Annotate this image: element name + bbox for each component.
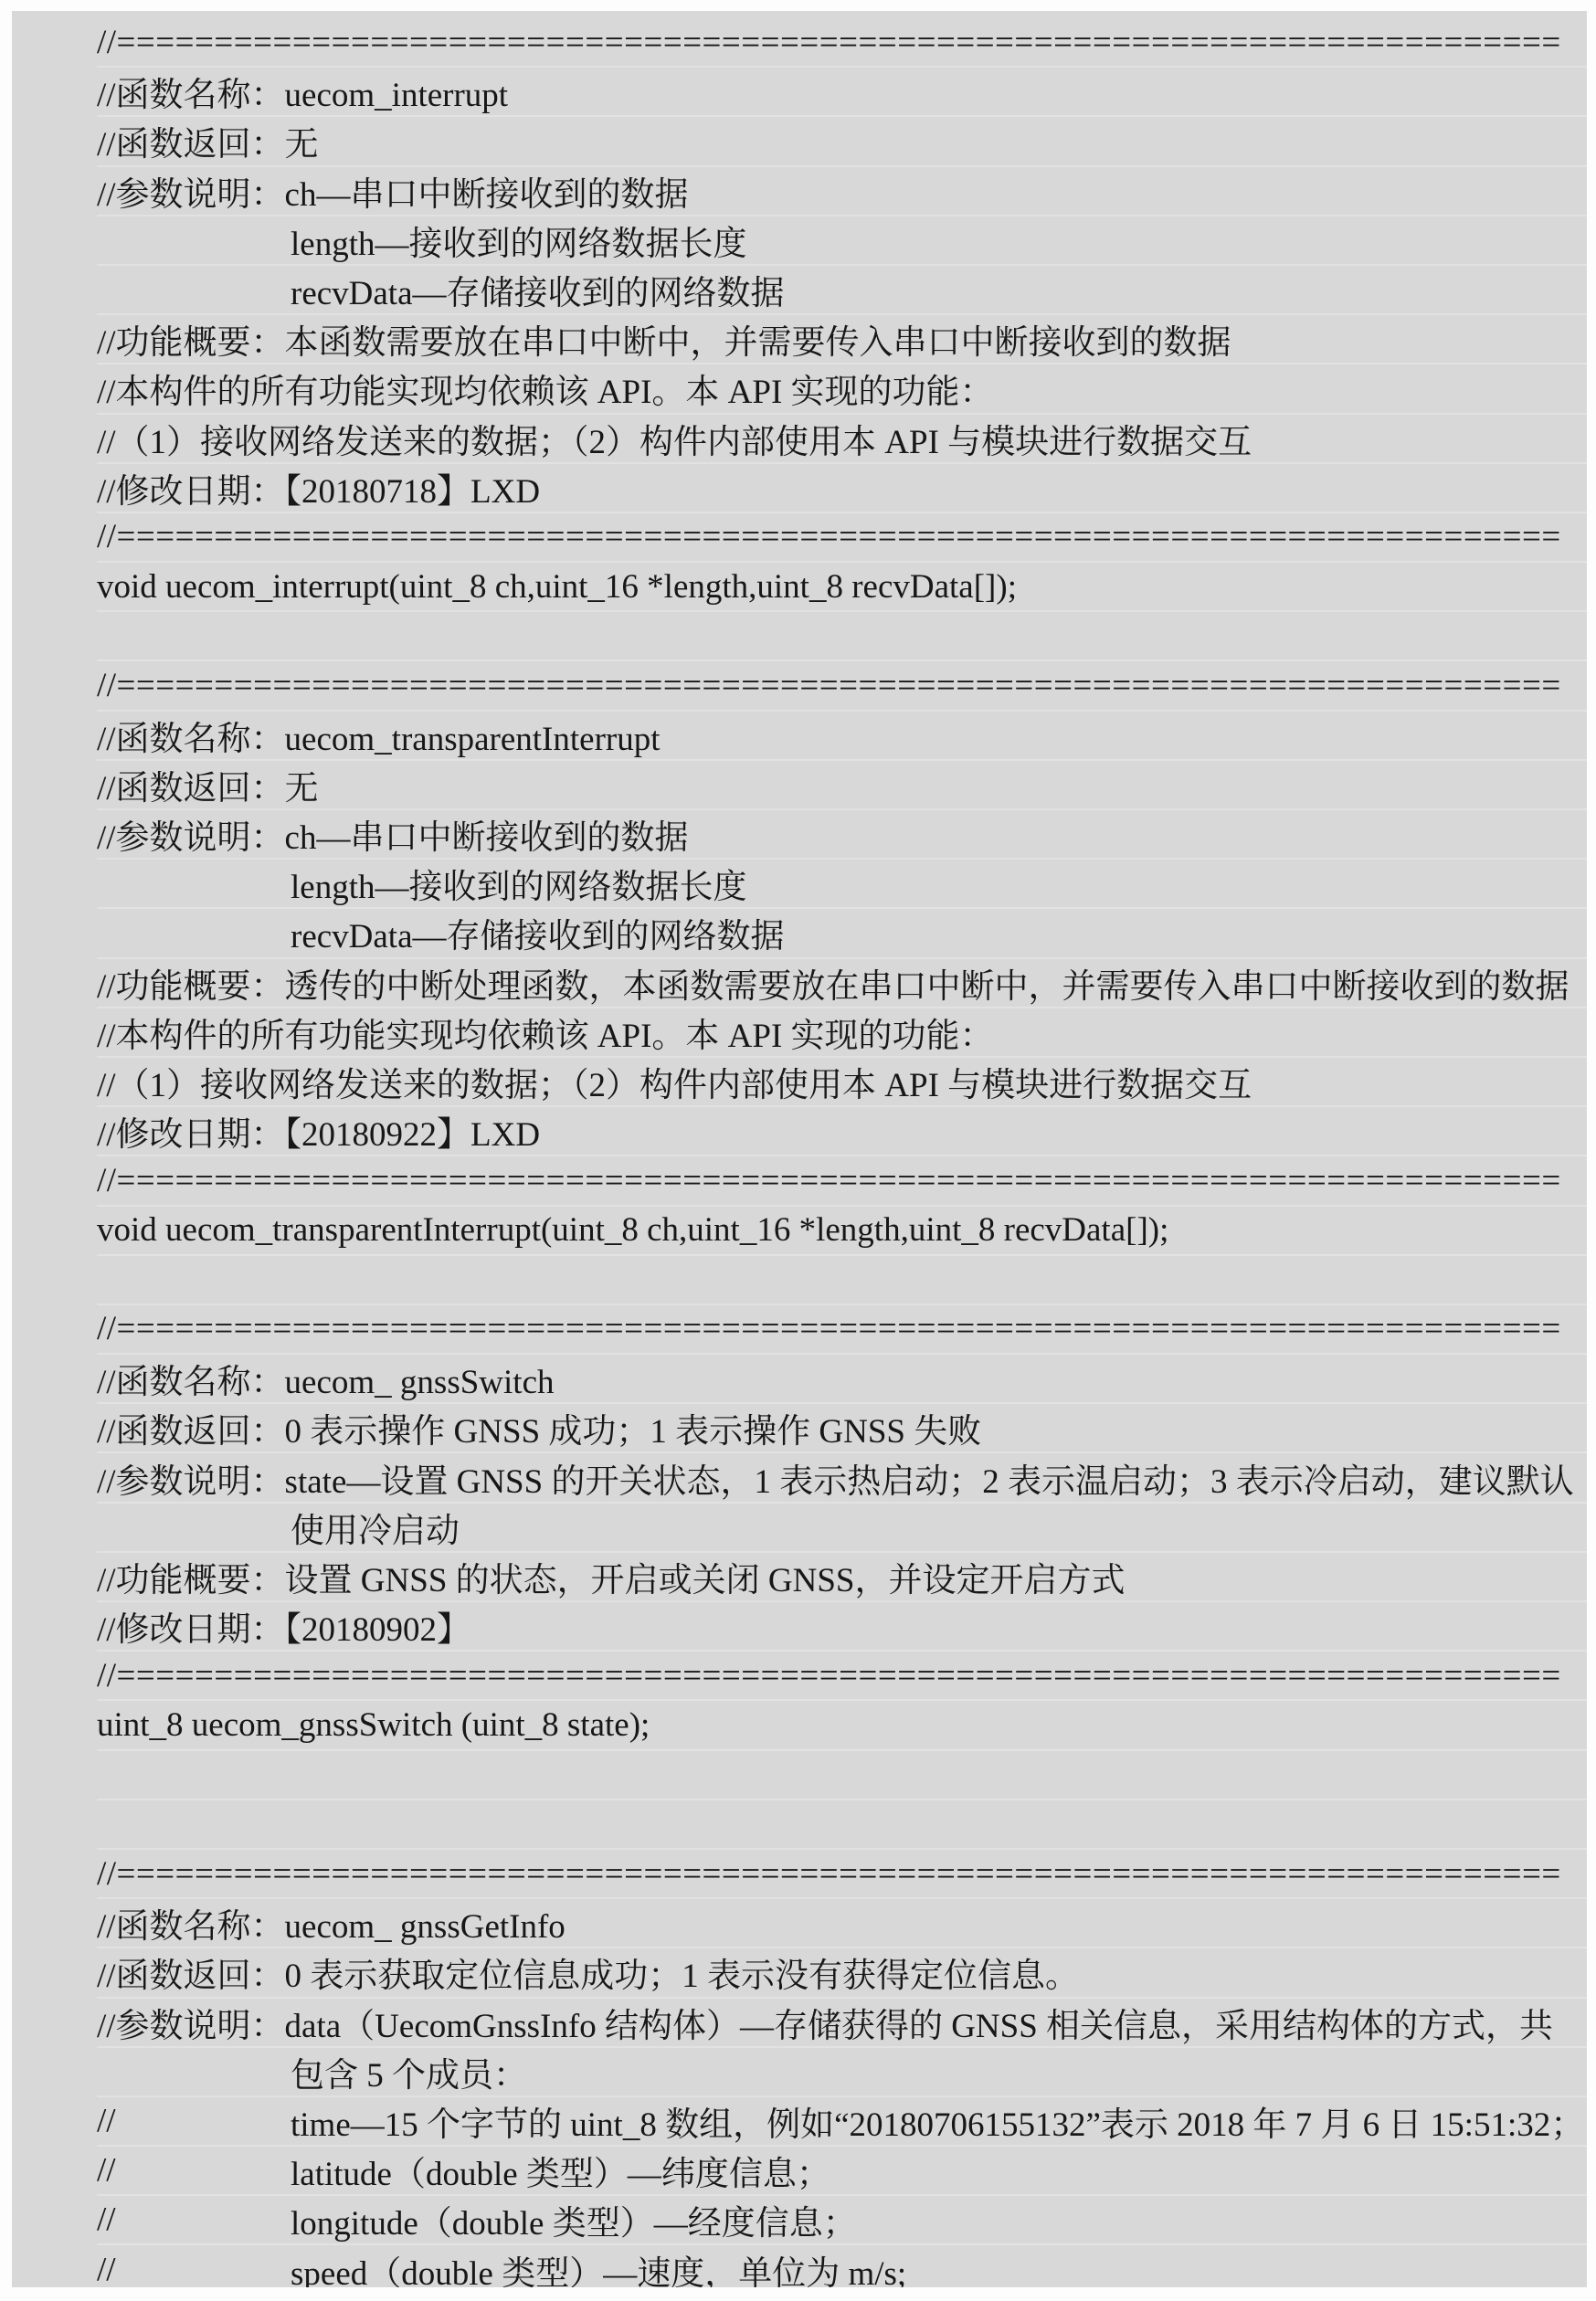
code-line-continuation: 包含 5 个成员： bbox=[97, 2046, 1587, 2095]
code-line: //函数返回：无 bbox=[97, 759, 1587, 808]
code-line: //函数名称：uecom_ gnssGetInfo bbox=[97, 1897, 1587, 1947]
code-line: //修改日期：【20180922】LXD bbox=[97, 1105, 1587, 1155]
code-line: //参数说明：state—设置 GNSS 的开关状态，1 表示热启动；2 表示温… bbox=[97, 1451, 1587, 1501]
code-line-commented: //latitude（double 类型）—纬度信息； bbox=[97, 2145, 1587, 2194]
line-text: speed（double 类型）—速度，单位为 m/s; bbox=[97, 2245, 906, 2287]
separator-line: //======================================… bbox=[97, 1155, 1587, 1204]
separator-line: //======================================… bbox=[97, 1848, 1587, 1897]
code-line: //函数名称：uecom_ gnssSwitch bbox=[97, 1353, 1587, 1402]
comment-prefix: // bbox=[97, 2201, 116, 2240]
code-line: //函数返回：0 表示操作 GNSS 成功；1 表示操作 GNSS 失败 bbox=[97, 1402, 1587, 1451]
code-line: //函数名称：uecom_transparentInterrupt bbox=[97, 710, 1587, 759]
code-line: //（1）接收网络发送来的数据；（2）构件内部使用本 API 与模块进行数据交互 bbox=[97, 413, 1587, 462]
code-line-continuation: length—接收到的网络数据长度 bbox=[97, 858, 1587, 907]
code-line: //参数说明：data（UecomGnssInfo 结构体）—存储获得的 GNS… bbox=[97, 1997, 1587, 2046]
code-line: //功能概要：设置 GNSS 的状态，开启或关闭 GNSS，并设定开启方式 bbox=[97, 1551, 1587, 1600]
code-line: void uecom_interrupt(uint_8 ch,uint_16 *… bbox=[97, 561, 1587, 610]
code-line-commented: //longitude（double 类型）—经度信息； bbox=[97, 2194, 1587, 2243]
code-line: //参数说明：ch—串口中断接收到的数据 bbox=[97, 165, 1587, 215]
code-line: //（1）接收网络发送来的数据；（2）构件内部使用本 API 与模块进行数据交互 bbox=[97, 1056, 1587, 1105]
code-line: //函数名称：uecom_interrupt bbox=[97, 66, 1587, 115]
code-line: //本构件的所有功能实现均依赖该 API。本 API 实现的功能： bbox=[97, 363, 1587, 412]
code-line-continuation: recvData—存储接收到的网络数据 bbox=[97, 264, 1587, 313]
code-line-continuation: length—接收到的网络数据长度 bbox=[97, 215, 1587, 264]
code-line-commented: //speed（double 类型）—速度，单位为 m/s; bbox=[97, 2243, 1587, 2287]
blank-line bbox=[97, 610, 1587, 660]
code-line: //参数说明：ch—串口中断接收到的数据 bbox=[97, 808, 1587, 858]
code-line: uint_8 uecom_gnssSwitch (uint_8 state); bbox=[97, 1699, 1587, 1748]
code-line: //函数返回：无 bbox=[97, 115, 1587, 164]
code-line: //修改日期：【20180902】 bbox=[97, 1600, 1587, 1650]
comment-prefix: // bbox=[97, 2250, 116, 2287]
code-line: //本构件的所有功能实现均依赖该 API。本 API 实现的功能： bbox=[97, 1007, 1587, 1056]
code-line: void uecom_transparentInterrupt(uint_8 c… bbox=[97, 1205, 1587, 1254]
line-text: latitude（double 类型）—纬度信息； bbox=[97, 2146, 830, 2194]
blank-line bbox=[97, 1799, 1587, 1848]
separator-line: //======================================… bbox=[97, 660, 1587, 709]
separator-line: //======================================… bbox=[97, 1304, 1587, 1353]
separator-line: //======================================… bbox=[97, 1650, 1587, 1699]
blank-line bbox=[97, 1254, 1587, 1304]
comment-prefix: // bbox=[97, 2101, 116, 2140]
code-line: //函数返回：0 表示获取定位信息成功；1 表示没有获得定位信息。 bbox=[97, 1947, 1587, 1996]
code-line-commented: //time—15 个字节的 uint_8 数组，例如“201807061551… bbox=[97, 2095, 1587, 2145]
code-line: //功能概要：透传的中断处理函数，本函数需要放在串口中断中，并需要传入串口中断接… bbox=[97, 957, 1587, 1007]
separator-line: //======================================… bbox=[97, 16, 1587, 66]
code-line: //修改日期：【20180718】LXD bbox=[97, 462, 1587, 512]
line-text: time—15 个字节的 uint_8 数组，例如“20180706155132… bbox=[97, 2096, 1584, 2145]
code-line: //功能概要：本函数需要放在串口中断中，并需要传入串口中断接收到的数据 bbox=[97, 313, 1587, 363]
document-page: //======================================… bbox=[12, 11, 1587, 2287]
line-text: longitude（double 类型）—经度信息； bbox=[97, 2195, 857, 2243]
screenshot-root: { "document": { "margin_bg": "#fdfdfd", … bbox=[0, 0, 1596, 2301]
code-line-continuation: recvData—存储接收到的网络数据 bbox=[97, 907, 1587, 956]
blank-line bbox=[97, 1749, 1587, 1799]
code-line-continuation: 使用冷启动 bbox=[97, 1502, 1587, 1551]
comment-prefix: // bbox=[97, 2151, 116, 2190]
code-listing: //======================================… bbox=[12, 11, 1587, 2287]
separator-line: //======================================… bbox=[97, 512, 1587, 561]
